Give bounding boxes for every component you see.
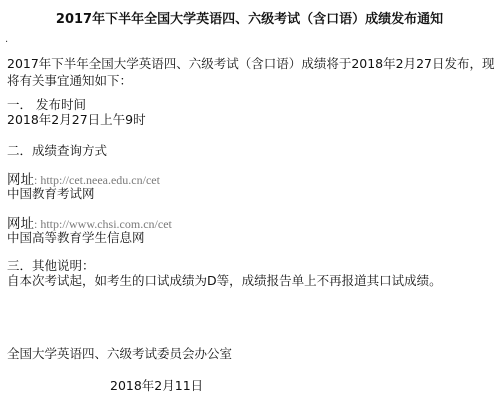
release-time-value: 2018年2月27日上午9时 [7, 112, 146, 128]
document-title: 2017年下半年全国大学英语四、六级考试（含口语）成绩发布通知 [0, 12, 499, 28]
url-link-neea[interactable]: : http://cet.neea.edu.cn/cet [34, 173, 160, 187]
stray-mark: · [5, 38, 8, 48]
url-link-chsi[interactable]: : http://www.chsi.com.cn/cet [34, 217, 172, 231]
section-heading-other-notes: 三．其他说明： [7, 258, 95, 274]
issue-date: 2018年2月11日 [110, 376, 203, 394]
section-heading-release-time: 一． 发布时间 [7, 97, 86, 113]
site-name-chsi: 中国高等教育学生信息网 [7, 230, 145, 246]
other-notes-content: 自本次考试起，如考生的口试成绩为D等，成绩报告单上不再报道其口试成绩。 [7, 273, 442, 289]
issuer-signature: 全国大学英语四、六级考试委员会办公室 [7, 344, 232, 362]
intro-paragraph: 2017年下半年全国大学英语四、六级考试（含口语）成绩将于2018年2月27日发… [7, 55, 497, 89]
site-name-neea: 中国教育考试网 [7, 186, 95, 202]
section-heading-query-methods: 二．成绩查询方式 [7, 143, 107, 159]
